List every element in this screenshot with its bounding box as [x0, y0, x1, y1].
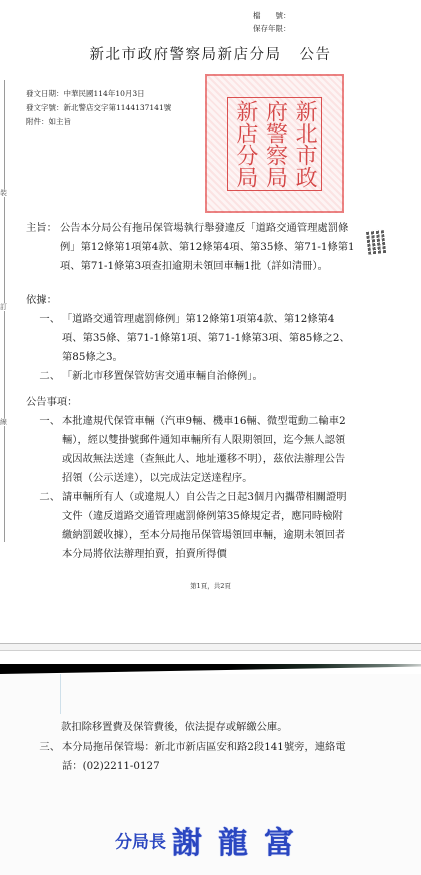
- binding-mark-ding: 訂: [0, 303, 7, 311]
- item-number: 一、: [26, 310, 62, 367]
- notice-item-2-continuation: 款扣除移置費及保管費後，依法提存或解繳公庫。: [61, 718, 401, 737]
- issue-info: 發文日期：中華民國114年10月3日 發文字號：新北警店交字第114413714…: [26, 87, 171, 129]
- qr-code-icon: [366, 229, 386, 255]
- seal-char: 局: [260, 166, 290, 188]
- notice-section: 公告事項： 一、 本批違規代保管車輛（汽車9輛、機車16輛、微型電動二輪車2輛）…: [26, 393, 356, 564]
- notice-item: 三、 本分局拖吊保管場：新北市新店區安和路2段141號旁，連絡電話：(02)22…: [26, 738, 396, 776]
- basis-item: 二、 「新北市移置保管妨害交通車輛自治條例」。: [26, 367, 356, 386]
- issue-number: 發文字號：新北警店交字第1144137141號: [26, 101, 171, 115]
- basis-section: 依據： 一、 「道路交通管理處罰條例」第12條第1項第4款、第12條第4項、第3…: [26, 291, 356, 386]
- item-number: 一、: [26, 412, 62, 488]
- retention-label: 保存年限：: [253, 22, 291, 35]
- issue-date: 發文日期：中華民國114年10月3日: [26, 87, 171, 101]
- seal-char: 北: [289, 122, 319, 144]
- seal-char: 政: [289, 166, 319, 188]
- notice-heading: 公告事項：: [26, 393, 356, 412]
- doc-type: 公告: [300, 47, 332, 63]
- file-number-label: 檔 號：: [253, 9, 291, 22]
- page-number: 第1頁，共2頁: [0, 581, 421, 590]
- page-divider: [0, 643, 421, 644]
- seal-char: 店: [230, 122, 260, 144]
- seal-char: 警: [260, 122, 290, 144]
- item-text: 本批違規代保管車輛（汽車9輛、機車16輛、微型電動二輪車2輛），經以雙掛號郵件通…: [62, 412, 352, 488]
- seal-char: 局: [230, 166, 260, 188]
- seal-char: 新: [289, 100, 319, 122]
- seal-char: 市: [289, 144, 319, 166]
- item-text: 本分局拖吊保管場：新北市新店區安和路2段141號旁，連絡電話：(02)2211-…: [62, 738, 362, 776]
- item-number: 二、: [26, 488, 62, 564]
- basis-item: 一、 「道路交通管理處罰條例」第12條第1項第4款、第12條第4項、第35條、第…: [26, 310, 356, 367]
- official-seal-icon: 新 北 市 政 府 警 察 局 新 店 分 局: [205, 74, 344, 213]
- page-title: 新北市政府警察局新店分局公告: [0, 43, 421, 64]
- notice-item: 二、 請車輛所有人（或違規人）自公告之日起3個月內攜帶相關證明文件（違反道路交通…: [26, 488, 356, 564]
- margin-line: [60, 674, 61, 714]
- binding-line: [4, 80, 5, 542]
- binding-mark-xian: 線: [0, 418, 7, 426]
- subject-label: 主旨：: [26, 219, 60, 276]
- document-page-1: 裝 訂 線 檔 號： 保存年限： 新北市政府警察局新店分局公告 發文日期：中華民…: [0, 0, 421, 622]
- signature-stamp: 分局長謝龍富: [115, 818, 310, 862]
- item-text: 「新北市移置保管妨害交通車輛自治條例」。: [62, 367, 352, 386]
- seal-char: 察: [260, 144, 290, 166]
- subject-text: 公告本分局公有拖吊保管場執行舉發違反「道路交通管理處罰條例」第12條第1項第4款…: [60, 219, 356, 276]
- subject-section: 主旨： 公告本分局公有拖吊保管場執行舉發違反「道路交通管理處罰條例」第12條第1…: [26, 219, 356, 276]
- seal-char: 分: [230, 144, 260, 166]
- attachment: 附件：如主旨: [26, 115, 171, 129]
- item-number: 二、: [26, 367, 62, 386]
- scan-edge-bar: [0, 664, 421, 674]
- notice-item: 一、 本批違規代保管車輛（汽車9輛、機車16輛、微型電動二輪車2輛），經以雙掛號…: [26, 412, 356, 488]
- page-divider: [0, 650, 421, 651]
- item-text: 請車輛所有人（或違規人）自公告之日起3個月內攜帶相關證明文件（違反道路交通管理處…: [62, 488, 352, 564]
- file-meta: 檔 號： 保存年限：: [253, 9, 291, 35]
- item-number: 三、: [26, 738, 62, 776]
- binding-mark-zhuang: 裝: [0, 189, 7, 197]
- seal-characters: 新 北 市 政 府 警 察 局 新 店 分 局: [227, 97, 322, 191]
- seal-char: 新: [230, 100, 260, 122]
- signer-name: 謝龍富: [172, 826, 310, 861]
- basis-heading: 依據：: [26, 291, 356, 310]
- signer-title: 分局長: [115, 833, 166, 853]
- item-text: 「道路交通管理處罰條例」第12條第1項第4款、第12條第4項、第35條、第71-…: [62, 310, 352, 367]
- seal-char: 府: [260, 100, 290, 122]
- agency-name: 新北市政府警察局新店分局: [90, 47, 282, 63]
